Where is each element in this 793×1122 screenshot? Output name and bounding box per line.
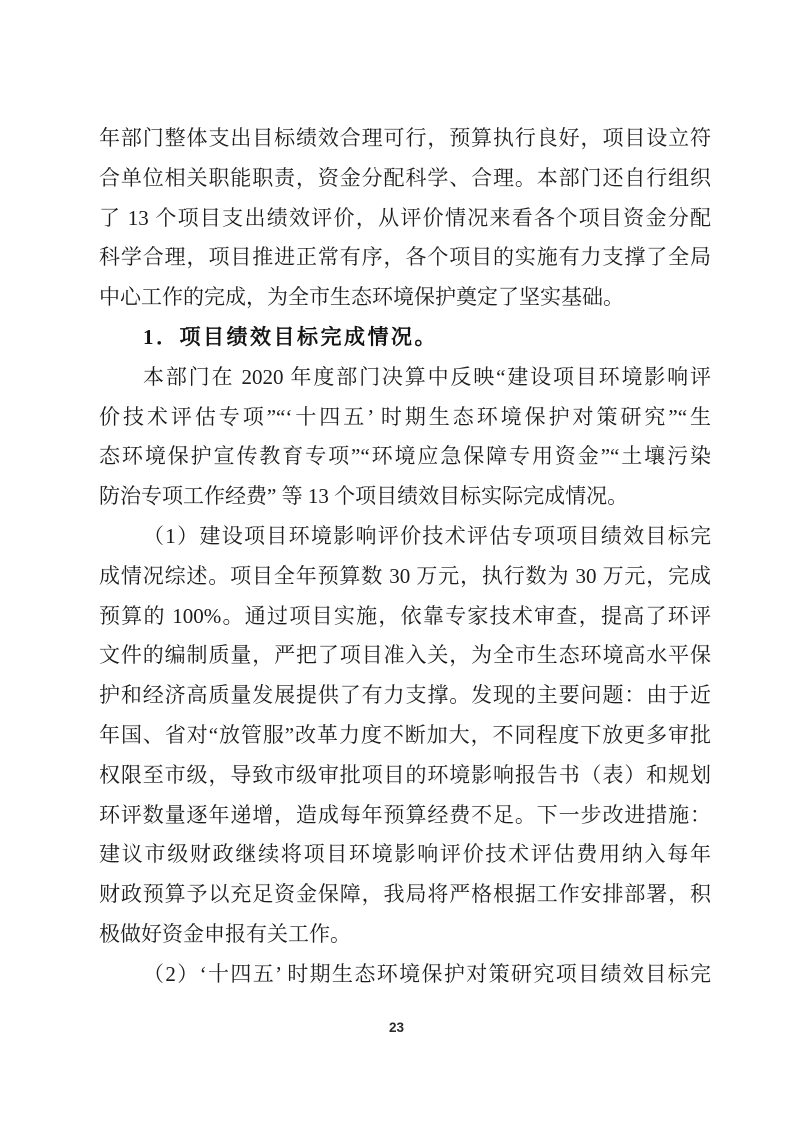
text-line: 成情况综述。项目全年预算数 30 万元，执行数为 30 万元，完成 bbox=[99, 557, 711, 597]
text-line: （2）‘十四五’ 时期生态环境保护对策研究项目绩效目标完 bbox=[99, 955, 711, 995]
page-number: 23 bbox=[0, 1020, 793, 1035]
document-page: 年部门整体支出目标绩效合理可行，预算执行良好，项目设立符 合单位相关职能职责，资… bbox=[0, 0, 793, 1122]
page-body-text: 年部门整体支出目标绩效合理可行，预算执行良好，项目设立符 合单位相关职能职责，资… bbox=[99, 119, 711, 995]
text-line: 态环境保护宣传教育专项”“环境应急保障专用资金”“土壤污染 bbox=[99, 437, 711, 477]
text-line: 防治专项工作经费” 等 13 个项目绩效目标实际完成情况。 bbox=[99, 477, 711, 517]
text-line: 本部门在 2020 年度部门决算中反映“建设项目环境影响评 bbox=[99, 358, 711, 398]
section-heading: 1．项目绩效目标完成情况。 bbox=[99, 318, 711, 358]
text-line: 文件的编制质量，严把了项目准入关，为全市生态环境高水平保 bbox=[99, 636, 711, 676]
text-line: 财政预算予以充足资金保障，我局将严格根据工作安排部署，积 bbox=[99, 875, 711, 915]
text-line: 年国、省对“放管服”改革力度不断加大，不同程度下放更多审批 bbox=[99, 716, 711, 756]
text-line: 建议市级财政继续将项目环境影响评价技术评估费用纳入每年 bbox=[99, 835, 711, 875]
text-line: 合单位相关职能职责，资金分配科学、合理。本部门还自行组织 bbox=[99, 159, 711, 199]
text-line: 了 13 个项目支出绩效评价，从评价情况来看各个项目资金分配 bbox=[99, 199, 711, 239]
text-line: 护和经济高质量发展提供了有力支撑。发现的主要问题：由于近 bbox=[99, 676, 711, 716]
text-line: 预算的 100%。通过项目实施，依靠专家技术审查，提高了环评 bbox=[99, 597, 711, 637]
text-line: 中心工作的完成，为全市生态环境保护奠定了坚实基础。 bbox=[99, 278, 711, 318]
text-line: 价技术评估专项”“‘十四五’ 时期生态环境保护对策研究”“生 bbox=[99, 398, 711, 438]
text-line: 权限至市级，导致市级审批项目的环境影响报告书（表）和规划 bbox=[99, 756, 711, 796]
text-line: （1）建设项目环境影响评价技术评估专项项目绩效目标完 bbox=[99, 517, 711, 557]
text-line: 环评数量逐年递增，造成每年预算经费不足。下一步改进措施： bbox=[99, 796, 711, 836]
text-line: 年部门整体支出目标绩效合理可行，预算执行良好，项目设立符 bbox=[99, 119, 711, 159]
text-line: 极做好资金申报有关工作。 bbox=[99, 915, 711, 955]
text-line: 科学合理，项目推进正常有序，各个项目的实施有力支撑了全局 bbox=[99, 238, 711, 278]
